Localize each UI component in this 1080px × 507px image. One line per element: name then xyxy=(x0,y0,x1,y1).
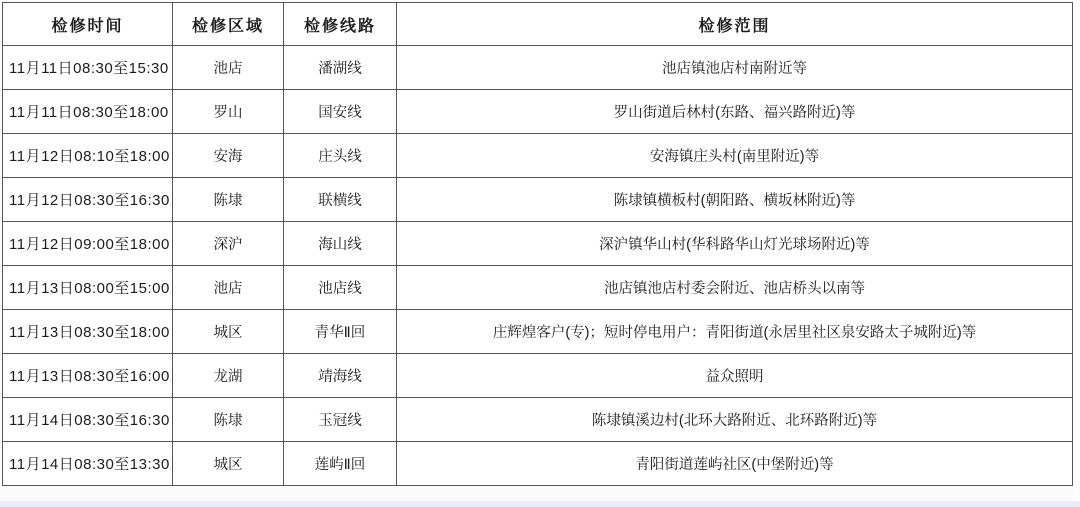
table-row: 11月12日09:00至18:00深沪海山线深沪镇华山村(华科路华山灯光球场附近… xyxy=(3,222,1073,266)
table-body: 11月11日08:30至15:30池店潘湖线池店镇池店村南附近等11月11日08… xyxy=(3,46,1073,486)
cell-time: 11月12日08:30至16:30 xyxy=(3,178,173,222)
cell-area: 罗山 xyxy=(173,90,284,134)
cell-time: 11月12日08:10至18:00 xyxy=(3,134,173,178)
cell-line: 靖海线 xyxy=(284,354,397,398)
table-row: 11月12日08:10至18:00安海庄头线安海镇庄头村(南里附近)等 xyxy=(3,134,1073,178)
bottom-margin-strip xyxy=(0,501,1080,507)
table-header: 检修时间 检修区域 检修线路 检修范围 xyxy=(3,3,1073,46)
cell-scope: 深沪镇华山村(华科路华山灯光球场附近)等 xyxy=(397,222,1073,266)
column-header-time: 检修时间 xyxy=(3,3,173,46)
cell-area: 安海 xyxy=(173,134,284,178)
column-header-line: 检修线路 xyxy=(284,3,397,46)
cell-area: 深沪 xyxy=(173,222,284,266)
cell-scope: 青阳街道莲屿社区(中堡附近)等 xyxy=(397,442,1073,486)
cell-time: 11月12日09:00至18:00 xyxy=(3,222,173,266)
cell-scope: 益众照明 xyxy=(397,354,1073,398)
right-margin xyxy=(1074,0,1080,501)
cell-line: 池店线 xyxy=(284,266,397,310)
table-row: 11月13日08:30至16:00龙湖靖海线益众照明 xyxy=(3,354,1073,398)
cell-area: 陈埭 xyxy=(173,398,284,442)
cell-scope: 陈埭镇溪边村(北环大路附近、北环路附近)等 xyxy=(397,398,1073,442)
table-row: 11月13日08:30至18:00城区青华Ⅱ回庄辉煌客户(专)；短时停电用户：青… xyxy=(3,310,1073,354)
cell-line: 青华Ⅱ回 xyxy=(284,310,397,354)
cell-scope: 庄辉煌客户(专)；短时停电用户：青阳街道(永居里社区泉安路太子城附近)等 xyxy=(397,310,1073,354)
cell-time: 11月14日08:30至16:30 xyxy=(3,398,173,442)
cell-line: 玉冠线 xyxy=(284,398,397,442)
cell-scope: 池店镇池店村南附近等 xyxy=(397,46,1073,90)
cell-line: 莲屿Ⅱ回 xyxy=(284,442,397,486)
cell-line: 国安线 xyxy=(284,90,397,134)
cell-line: 海山线 xyxy=(284,222,397,266)
cell-line: 潘湖线 xyxy=(284,46,397,90)
table-row: 11月14日08:30至13:30城区莲屿Ⅱ回青阳街道莲屿社区(中堡附近)等 xyxy=(3,442,1073,486)
cell-scope: 池店镇池店村委会附近、池店桥头以南等 xyxy=(397,266,1073,310)
cell-area: 陈埭 xyxy=(173,178,284,222)
cell-area: 城区 xyxy=(173,442,284,486)
header-row: 检修时间 检修区域 检修线路 检修范围 xyxy=(3,3,1073,46)
table-row: 11月11日08:30至18:00罗山国安线罗山街道后林村(东路、福兴路附近)等 xyxy=(3,90,1073,134)
cell-time: 11月11日08:30至15:30 xyxy=(3,46,173,90)
cell-time: 11月11日08:30至18:00 xyxy=(3,90,173,134)
cell-time: 11月13日08:30至18:00 xyxy=(3,310,173,354)
column-header-area: 检修区域 xyxy=(173,3,284,46)
cell-time: 11月13日08:00至15:00 xyxy=(3,266,173,310)
table-row: 11月11日08:30至15:30池店潘湖线池店镇池店村南附近等 xyxy=(3,46,1073,90)
table-row: 11月13日08:00至15:00池店池店线池店镇池店村委会附近、池店桥头以南等 xyxy=(3,266,1073,310)
table-row: 11月14日08:30至16:30陈埭玉冠线陈埭镇溪边村(北环大路附近、北环路附… xyxy=(3,398,1073,442)
cell-line: 联横线 xyxy=(284,178,397,222)
cell-line: 庄头线 xyxy=(284,134,397,178)
column-header-scope: 检修范围 xyxy=(397,3,1073,46)
cell-area: 龙湖 xyxy=(173,354,284,398)
cell-scope: 安海镇庄头村(南里附近)等 xyxy=(397,134,1073,178)
maintenance-table: 检修时间 检修区域 检修线路 检修范围 11月11日08:30至15:30池店潘… xyxy=(2,2,1073,486)
cell-area: 池店 xyxy=(173,266,284,310)
cell-area: 池店 xyxy=(173,46,284,90)
page-background: 检修时间 检修区域 检修线路 检修范围 11月11日08:30至15:30池店潘… xyxy=(0,0,1080,507)
table-row: 11月12日08:30至16:30陈埭联横线陈埭镇横板村(朝阳路、横坂林附近)等 xyxy=(3,178,1073,222)
cell-time: 11月14日08:30至13:30 xyxy=(3,442,173,486)
cell-time: 11月13日08:30至16:00 xyxy=(3,354,173,398)
cell-scope: 陈埭镇横板村(朝阳路、横坂林附近)等 xyxy=(397,178,1073,222)
cell-scope: 罗山街道后林村(东路、福兴路附近)等 xyxy=(397,90,1073,134)
cell-area: 城区 xyxy=(173,310,284,354)
